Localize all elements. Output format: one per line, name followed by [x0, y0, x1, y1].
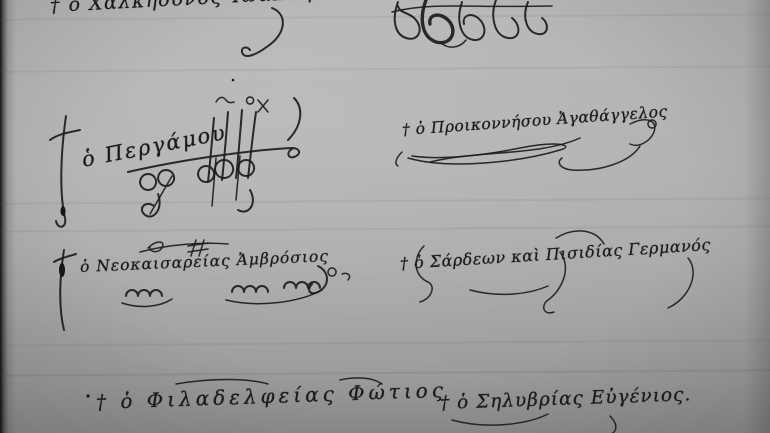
paper-streak	[0, 197, 770, 204]
signature-top-right-monogram	[392, 0, 552, 47]
manuscript-photo: † ὁ Χαλκηδόνος Ἰωακείμ ὁ Περγάμου † ὁ Πρ…	[0, 0, 770, 433]
signature-bottom-left-text: † ὁ Φιλαδελφείας Φώτιος	[96, 378, 448, 414]
paper-streak	[0, 13, 770, 20]
signature-third-left-text: ὁ Νεοκαισαρείας Ἀμβρόσιος	[80, 247, 330, 276]
photo-left-edge-shadow	[0, 0, 16, 433]
ink-flourishes	[0, 0, 770, 433]
paper-streak	[0, 65, 770, 72]
paper-streak	[0, 339, 770, 346]
signature-middle-right-text: † ὁ Προικοννήσου Ἀγαθάγγελος	[401, 102, 668, 139]
signature-top-left-text: † ὁ Χαλκηδόνος Ἰωακείμ	[49, 0, 321, 17]
signature-bottom-right-flourish	[452, 414, 616, 433]
paper-streak	[0, 369, 770, 376]
signature-third-right-text: † ὁ Σάρδεων καὶ Πισιδίας Γερμανός	[399, 235, 711, 273]
paper-streak	[0, 225, 770, 232]
signature-bottom-right-text: † ὁ Σηλυβρίας Εὐγένιος.	[440, 384, 692, 414]
signature-middle-left-text: ὁ Περγάμου	[80, 120, 229, 172]
